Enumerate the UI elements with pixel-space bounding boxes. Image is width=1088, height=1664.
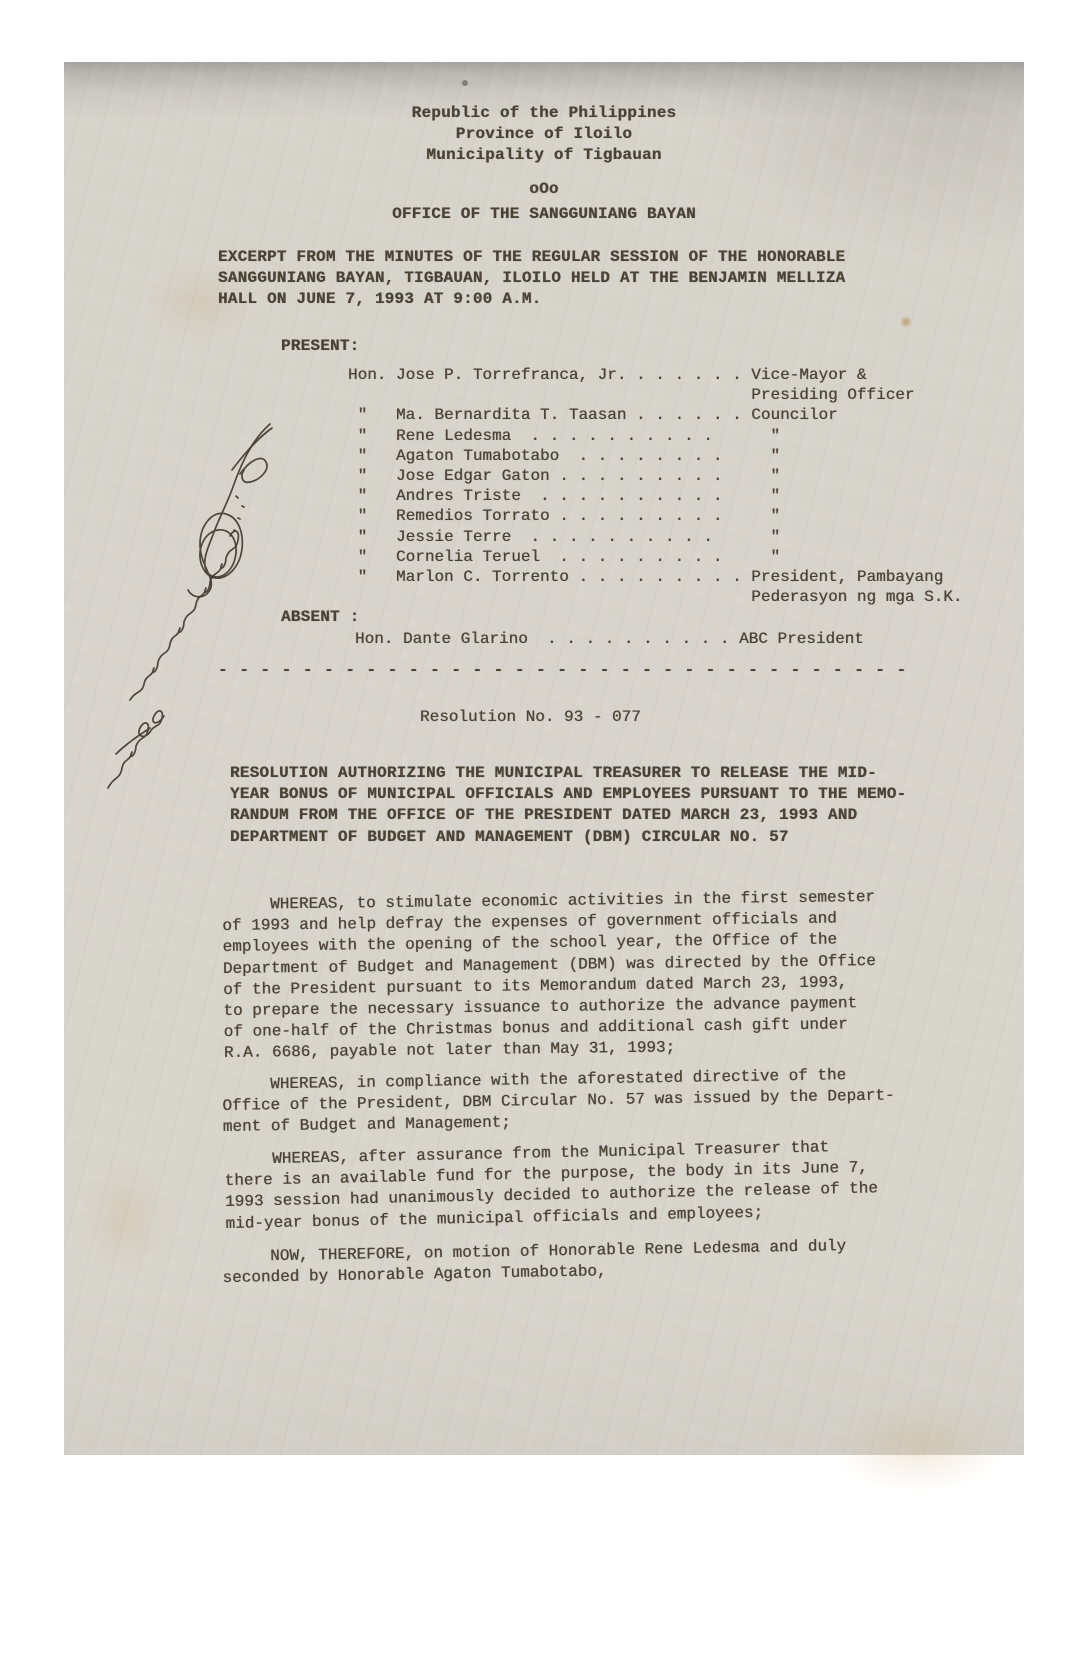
text-line: Pederasyon ng mga S.K. bbox=[348, 587, 963, 607]
absent-entry: Hon. Dante Glarino . . . . . . . . . . A… bbox=[355, 629, 864, 650]
resolution-number: Resolution No. 93 - 077 bbox=[420, 707, 641, 728]
office-title: OFFICE OF THE SANGGUNIANG BAYAN bbox=[64, 204, 1024, 225]
paper-stain bbox=[834, 1402, 1004, 1492]
attendance-roster: Hon. Jose P. Torrefranca, Jr. . . . . . … bbox=[348, 365, 963, 607]
text-line: Republic of the Philippines bbox=[64, 103, 1024, 124]
handwritten-marginalia bbox=[92, 410, 302, 810]
text-line: " Agaton Tumabotabo . . . . . . . . " bbox=[348, 446, 963, 466]
resolution-title: RESOLUTION AUTHORIZING THE MUNICIPAL TRE… bbox=[230, 763, 906, 848]
scanned-document-page: Republic of the PhilippinesProvince of I… bbox=[64, 62, 1024, 1455]
present-label: PRESENT: bbox=[281, 336, 359, 357]
whereas-paragraph-3: WHEREAS, after assurance from the Munici… bbox=[224, 1136, 879, 1234]
text-line: " Ma. Bernardita T. Taasan . . . . . . C… bbox=[348, 405, 963, 425]
text-line: Province of Iloilo bbox=[64, 124, 1024, 145]
header-ornament: oOo bbox=[64, 179, 1024, 200]
paper-speck bbox=[462, 80, 468, 86]
text-line: " Remedios Torrato . . . . . . . . . " bbox=[348, 506, 963, 526]
text-line: SANGGUNIANG BAYAN, TIGBAUAN, ILOILO HELD… bbox=[218, 268, 845, 289]
handwritten-signature bbox=[188, 424, 270, 597]
text-line: RESOLUTION AUTHORIZING THE MUNICIPAL TRE… bbox=[230, 763, 906, 784]
whereas-paragraph-2: WHEREAS, in compliance with the aforesta… bbox=[222, 1064, 895, 1138]
text-line: " Marlon C. Torrento . . . . . . . . . P… bbox=[348, 567, 963, 587]
whereas-paragraph-1: WHEREAS, to stimulate economic activitie… bbox=[222, 887, 877, 1065]
paper-stain bbox=[82, 1162, 168, 1272]
text-line: " Jessie Terre . . . . . . . . . . " bbox=[348, 527, 963, 547]
handwritten-note-dot bbox=[236, 496, 238, 498]
text-line: " Jose Edgar Gaton . . . . . . . . . " bbox=[348, 466, 963, 486]
text-line: " Cornelia Teruel . . . . . . . . . " bbox=[348, 547, 963, 567]
resolving-clause: NOW, THEREFORE, on motion of Honorable R… bbox=[222, 1236, 847, 1289]
paper-stain bbox=[900, 316, 912, 328]
text-line: HALL ON JUNE 7, 1993 AT 9:00 A.M. bbox=[218, 289, 845, 310]
text-line: Hon. Jose P. Torrefranca, Jr. . . . . . … bbox=[348, 365, 963, 385]
handwritten-word-crossbar bbox=[116, 728, 150, 754]
handwritten-word bbox=[108, 711, 164, 788]
text-line: YEAR BONUS OF MUNICIPAL OFFICIALS AND EM… bbox=[230, 784, 906, 805]
excerpt-heading: EXCERPT FROM THE MINUTES OF THE REGULAR … bbox=[218, 247, 845, 310]
text-line: " Rene Ledesma . . . . . . . . . . " bbox=[348, 426, 963, 446]
document-header: Republic of the PhilippinesProvince of I… bbox=[64, 103, 1024, 166]
text-line: DEPARTMENT OF BUDGET AND MANAGEMENT (DBM… bbox=[230, 827, 906, 848]
text-line: " Andres Triste . . . . . . . . . . " bbox=[348, 486, 963, 506]
text-line: EXCERPT FROM THE MINUTES OF THE REGULAR … bbox=[218, 247, 845, 268]
text-line: Municipality of Tigbauan bbox=[64, 145, 1024, 166]
handwritten-note-line bbox=[130, 531, 238, 700]
text-line: Presiding Officer bbox=[348, 385, 963, 405]
text-line: RANDUM FROM THE OFFICE OF THE PRESIDENT … bbox=[230, 805, 906, 826]
dashed-divider: - - - - - - - - - - - - - - - - - - - - … bbox=[218, 660, 918, 681]
handwritten-note-curl bbox=[240, 458, 267, 482]
